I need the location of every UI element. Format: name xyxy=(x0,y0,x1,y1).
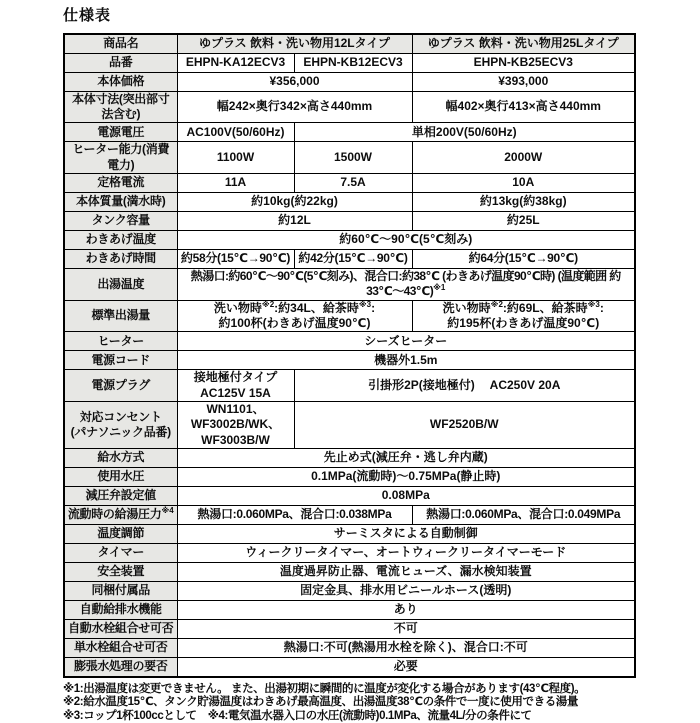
reference-mark: ※2 xyxy=(491,300,503,309)
spec-row-label: タイマー xyxy=(64,544,177,563)
footnotes: ※1:出湯温度は変更できません。 また、出湯初期に瞬間的に温度が変化する場合があ… xyxy=(63,683,638,723)
spec-row: ヒーターシーズヒーター xyxy=(64,332,635,351)
spec-cell: ゆプラス 飲料・洗い物用12Lタイプ xyxy=(177,34,412,53)
spec-row: わきあげ時間約58分(15℃→90℃)約42分(15℃→90℃)約64分(15℃… xyxy=(64,249,635,268)
spec-cell: 機器外1.5m xyxy=(177,351,635,370)
reference-mark: ※3 xyxy=(359,300,371,309)
reference-mark: ※2 xyxy=(262,300,274,309)
spec-cell: ウィークリータイマー、オートウィークリータイマーモード xyxy=(177,544,635,563)
spec-row: 自動給排水機能あり xyxy=(64,601,635,620)
spec-cell: 幅402×奥行413×高さ440mm xyxy=(412,91,635,123)
spec-cell: 約12L xyxy=(177,211,412,230)
spec-row: わきあげ温度約60℃～90℃(5℃刻み) xyxy=(64,230,635,249)
spec-row: 出湯温度熱湯口:約60℃～90℃(5℃刻み)、混合口:約38℃ (わきあげ温度9… xyxy=(64,268,635,300)
spec-row-label: 本体質量(満水時) xyxy=(64,192,177,211)
spec-cell: サーミスタによる自動制御 xyxy=(177,525,635,544)
spec-row-label: わきあげ時間 xyxy=(64,249,177,268)
spec-row: 安全装置温度過昇防止器、電流ヒューズ、漏水検知装置 xyxy=(64,563,635,582)
spec-row-label: 商品名 xyxy=(64,34,177,53)
spec-row-label: 膨張水処理の要否 xyxy=(64,658,177,677)
spec-row: 標準出湯量洗い物時※2:約34L、給茶時※3: 約100杯(わきあげ温度90℃)… xyxy=(64,300,635,332)
spec-cell: ¥393,000 xyxy=(412,72,635,91)
page-title: 仕様表 xyxy=(63,4,638,25)
spec-row-label: 給水方式 xyxy=(64,449,177,468)
spec-cell: 1500W xyxy=(294,142,412,174)
spec-cell: 約60℃～90℃(5℃刻み) xyxy=(177,230,635,249)
spec-row-label: 電源プラグ xyxy=(64,370,177,402)
spec-cell: 引掛形2P(接地極付) AC250V 20A xyxy=(294,370,635,402)
spec-row: 使用水圧0.1MPa(流動時)～0.75MPa(静止時) xyxy=(64,468,635,487)
spec-cell: WN1101、 WF3002B/WK、 WF3003B/W xyxy=(177,402,294,449)
spec-row-label: 対応コンセント (パナソニック品番) xyxy=(64,402,177,449)
spec-cell: 不可 xyxy=(177,620,635,639)
spec-cell: 7.5A xyxy=(294,173,412,192)
spec-row-label: 自動水栓組合せ可否 xyxy=(64,620,177,639)
spec-row-label: タンク容量 xyxy=(64,211,177,230)
spec-cell: 固定金具、排水用ビニールホース(透明) xyxy=(177,582,635,601)
spec-cell: 0.1MPa(流動時)～0.75MPa(静止時) xyxy=(177,468,635,487)
spec-row: ヒーター能力(消費電力)1100W1500W2000W xyxy=(64,142,635,174)
spec-row-label: 同梱付属品 xyxy=(64,582,177,601)
spec-cell: 洗い物時※2:約69L、給茶時※3: 約195杯(わきあげ温度90℃) xyxy=(412,300,635,332)
spec-row-label: 安全装置 xyxy=(64,563,177,582)
spec-row-label: 本体寸法(突出部寸法含む) xyxy=(64,91,177,123)
spec-row: 本体質量(満水時)約10kg(約22kg)約13kg(約38kg) xyxy=(64,192,635,211)
spec-row-label: 本体価格 xyxy=(64,72,177,91)
spec-cell: ¥356,000 xyxy=(177,72,412,91)
spec-row-label: わきあげ温度 xyxy=(64,230,177,249)
spec-cell: AC100V(50/60Hz) xyxy=(177,123,294,142)
spec-cell: 熱湯口:不可(熱湯用水栓を除く)、混合口:不可 xyxy=(177,639,635,658)
reference-mark: ※1 xyxy=(433,283,445,292)
spec-row-label: 電源コード xyxy=(64,351,177,370)
spec-row: 電源電圧AC100V(50/60Hz)単相200V(50/60Hz) xyxy=(64,123,635,142)
spec-row-label: 減圧弁設定値 xyxy=(64,487,177,506)
reference-mark: ※3 xyxy=(588,300,600,309)
spec-row-label: 品番 xyxy=(64,53,177,72)
spec-row: 本体価格¥356,000¥393,000 xyxy=(64,72,635,91)
footnote: ※3:コップ1杯100ccとして ※4:電気温水器入口の水圧(流動時)0.1MP… xyxy=(63,710,638,723)
spec-row-label: 流動時の給湯圧力※4 xyxy=(64,506,177,525)
spec-cell: EHPN-KB25ECV3 xyxy=(412,53,635,72)
spec-cell: 0.08MPa xyxy=(177,487,635,506)
spec-cell: 約25L xyxy=(412,211,635,230)
spec-cell: 温度過昇防止器、電流ヒューズ、漏水検知装置 xyxy=(177,563,635,582)
spec-cell: 熱湯口:約60℃～90℃(5℃刻み)、混合口:約38℃ (わきあげ温度90℃時)… xyxy=(177,268,635,300)
footnote: ※2:給水温度15℃、タンク貯湯温度はわきあげ最高温度、出湯温度38℃の条件で一… xyxy=(63,696,638,710)
spec-cell: 2000W xyxy=(412,142,635,174)
spec-cell: 約42分(15℃→90℃) xyxy=(294,249,412,268)
spec-row: 電源プラグ接地極付タイプ AC125V 15A引掛形2P(接地極付) AC250… xyxy=(64,370,635,402)
spec-cell: 熱湯口:0.060MPa、混合口:0.038MPa xyxy=(177,506,412,525)
spec-row: 同梱付属品固定金具、排水用ビニールホース(透明) xyxy=(64,582,635,601)
spec-cell: WF2520B/W xyxy=(294,402,635,449)
spec-row-label: 電源電圧 xyxy=(64,123,177,142)
spec-cell: 先止め式(減圧弁・逃し弁内蔵) xyxy=(177,449,635,468)
spec-row-label: 出湯温度 xyxy=(64,268,177,300)
spec-cell: 約58分(15℃→90℃) xyxy=(177,249,294,268)
spec-row: 対応コンセント (パナソニック品番)WN1101、 WF3002B/WK、 WF… xyxy=(64,402,635,449)
reference-mark: ※4 xyxy=(161,506,173,515)
spec-row-label: 定格電流 xyxy=(64,173,177,192)
spec-cell: 必要 xyxy=(177,658,635,677)
spec-row: 給水方式先止め式(減圧弁・逃し弁内蔵) xyxy=(64,449,635,468)
spec-row: 品番EHPN-KA12ECV3EHPN-KB12ECV3EHPN-KB25ECV… xyxy=(64,53,635,72)
spec-row: 膨張水処理の要否必要 xyxy=(64,658,635,677)
spec-row-label: 単水栓組合せ可否 xyxy=(64,639,177,658)
spec-row: 単水栓組合せ可否熱湯口:不可(熱湯用水栓を除く)、混合口:不可 xyxy=(64,639,635,658)
spec-row: 流動時の給湯圧力※4熱湯口:0.060MPa、混合口:0.038MPa熱湯口:0… xyxy=(64,506,635,525)
spec-row: タイマーウィークリータイマー、オートウィークリータイマーモード xyxy=(64,544,635,563)
spec-cell: 1100W xyxy=(177,142,294,174)
spec-header-row: 商品名ゆプラス 飲料・洗い物用12Lタイプゆプラス 飲料・洗い物用25Lタイプ xyxy=(64,34,635,53)
spec-row: 定格電流11A7.5A10A xyxy=(64,173,635,192)
spec-cell: 11A xyxy=(177,173,294,192)
spec-cell: 幅242×奥行342×高さ440mm xyxy=(177,91,412,123)
spec-cell: EHPN-KA12ECV3 xyxy=(177,53,294,72)
spec-row-label: 自動給排水機能 xyxy=(64,601,177,620)
spec-cell: 単相200V(50/60Hz) xyxy=(294,123,635,142)
spec-cell: 接地極付タイプ AC125V 15A xyxy=(177,370,294,402)
spec-cell: 10A xyxy=(412,173,635,192)
spec-cell: 約10kg(約22kg) xyxy=(177,192,412,211)
spec-row-label: ヒーター能力(消費電力) xyxy=(64,142,177,174)
spec-table: 商品名ゆプラス 飲料・洗い物用12Lタイプゆプラス 飲料・洗い物用25Lタイプ品… xyxy=(63,33,636,678)
footnote: ※1:出湯温度は変更できません。 また、出湯初期に瞬間的に温度が変化する場合があ… xyxy=(63,683,638,697)
spec-cell: 約13kg(約38kg) xyxy=(412,192,635,211)
spec-sheet: 仕様表 商品名ゆプラス 飲料・洗い物用12Lタイプゆプラス 飲料・洗い物用25L… xyxy=(63,0,638,723)
spec-row-label: ヒーター xyxy=(64,332,177,351)
spec-row: 自動水栓組合せ可否不可 xyxy=(64,620,635,639)
spec-cell: 熱湯口:0.060MPa、混合口:0.049MPa xyxy=(412,506,635,525)
spec-row: タンク容量約12L約25L xyxy=(64,211,635,230)
spec-row-label: 使用水圧 xyxy=(64,468,177,487)
spec-row: 本体寸法(突出部寸法含む)幅242×奥行342×高さ440mm幅402×奥行41… xyxy=(64,91,635,123)
spec-cell: EHPN-KB12ECV3 xyxy=(294,53,412,72)
spec-row: 減圧弁設定値0.08MPa xyxy=(64,487,635,506)
spec-cell: 約64分(15℃→90℃) xyxy=(412,249,635,268)
spec-row-label: 温度調節 xyxy=(64,525,177,544)
spec-cell: 洗い物時※2:約34L、給茶時※3: 約100杯(わきあげ温度90℃) xyxy=(177,300,412,332)
spec-cell: ゆプラス 飲料・洗い物用25Lタイプ xyxy=(412,34,635,53)
spec-row-label: 標準出湯量 xyxy=(64,300,177,332)
spec-cell: あり xyxy=(177,601,635,620)
spec-cell: シーズヒーター xyxy=(177,332,635,351)
spec-row: 電源コード機器外1.5m xyxy=(64,351,635,370)
spec-row: 温度調節サーミスタによる自動制御 xyxy=(64,525,635,544)
